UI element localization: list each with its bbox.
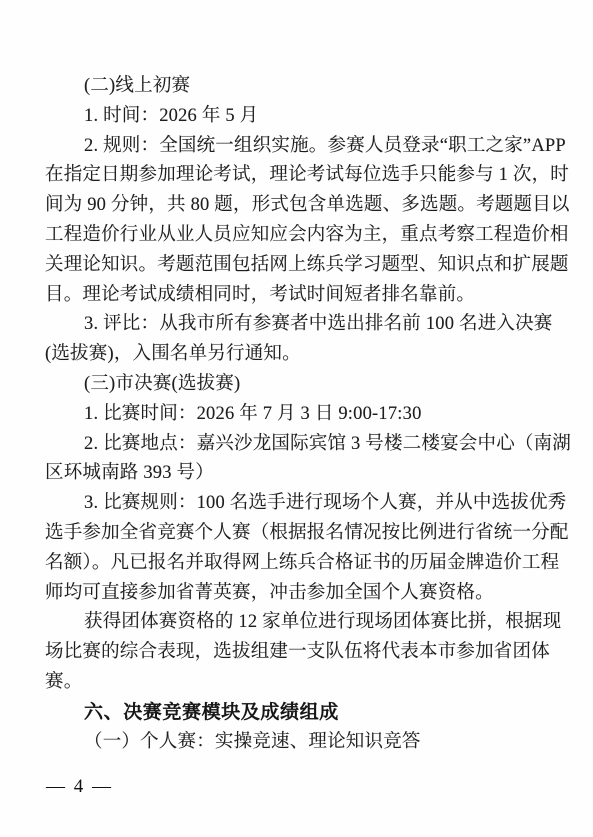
document-line: 在指定日期参加理论考试，理论考试每位选手只能参与 1 次，时 [45,161,555,191]
document-line: (选拔赛)，入围名单另行通知。 [45,340,555,370]
document-line: 选手参加全省竞赛个人赛（根据报名情况按比例进行省统一分配 [45,519,555,549]
document-line: 3. 比赛规则：100 名选手进行现场个人赛，并从中选拔优秀 [45,489,555,519]
section-heading-final-modules: 六、决赛竞赛模块及成绩组成 [45,698,555,728]
document-page: (二)线上初赛 1. 时间：2026 年 5 月 2. 规则：全国统一组织实施。… [0,0,593,837]
document-line: 2. 规则：全国统一组织实施。参赛人员登录“职工之家”APP [45,132,555,162]
document-line: 1. 时间：2026 年 5 月 [45,102,555,132]
document-line: 赛。 [45,668,555,698]
document-line: 名额）。凡已报名并取得网上练兵合格证书的历届金牌造价工程 [45,549,555,579]
document-body: (二)线上初赛 1. 时间：2026 年 5 月 2. 规则：全国统一组织实施。… [45,72,555,757]
document-line: 工程造价行业从业人员应知应会内容为主，重点考察工程造价相 [45,221,555,251]
document-line: 区环城南路 393 号） [45,459,555,489]
section-heading-city-final: (三)市决赛(选拔赛) [45,370,555,400]
document-line: 间为 90 分钟，共 80 题，形式包含单选题、多选题。考题题目以 [45,191,555,221]
document-line: 目。理论考试成绩相同时，考试时间短者排名靠前。 [45,281,555,311]
section-heading-online-preliminary: (二)线上初赛 [45,72,555,102]
page-number: — 4 — [46,776,113,798]
document-line: 获得团体赛资格的 12 家单位进行现场团体赛比拼，根据现 [45,608,555,638]
document-line: 关理论知识。考题范围包括网上练兵学习题型、知识点和扩展题 [45,251,555,281]
document-line: 2. 比赛地点：嘉兴沙龙国际宾馆 3 号楼二楼宴会中心（南湖 [45,430,555,460]
document-line: （一）个人赛：实操竞速、理论知识竞答 [45,728,555,758]
document-line: 3. 评比：从我市所有参赛者中选出排名前 100 名进入决赛 [45,310,555,340]
document-line: 1. 比赛时间：2026 年 7 月 3 日 9:00-17:30 [45,400,555,430]
document-line: 场比赛的综合表现，选拔组建一支队伍将代表本市参加省团体 [45,638,555,668]
document-line: 师均可直接参加省菁英赛，冲击参加全国个人赛资格。 [45,579,555,609]
